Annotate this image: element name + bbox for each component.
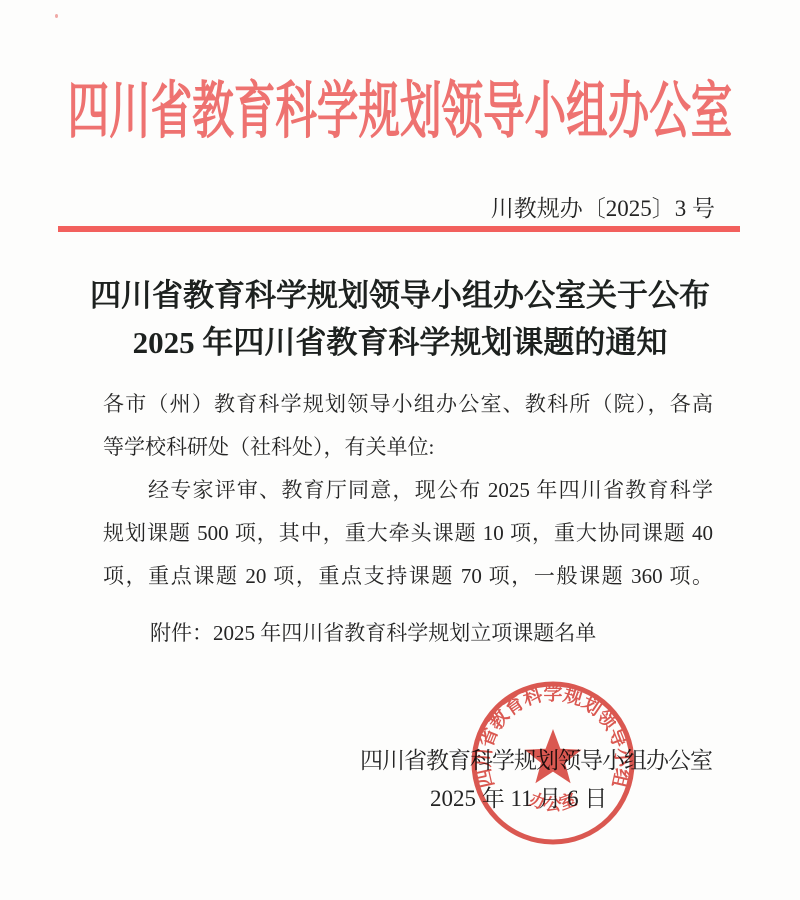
letterhead-org-title: 四川省教育科学规划领导小组办公室 bbox=[68, 80, 733, 144]
notice-title: 四川省教育科学规划领导小组办公室关于公布 2025 年四川省教育科学规划课题的通… bbox=[0, 272, 800, 366]
paragraph-line1: 经专家评审、教育厅同意，现公布 2025 年四川省教育科学 bbox=[103, 469, 713, 512]
red-letterhead: 四川省教育科学规划领导小组办公室 bbox=[0, 80, 800, 144]
paragraph-line2: 规划课题 500 项，其中，重大牵头课题 10 项，重大协同课题 40 bbox=[103, 512, 713, 555]
official-notice-document: 四川省教育科学规划领导小组办公室 川教规办〔2025〕3 号 四川省教育科学规划… bbox=[0, 0, 800, 900]
addressee-line1: 各市（州）教育科学规划领导小组办公室、教科所（院），各高 bbox=[103, 383, 713, 426]
document-number: 川教规办〔2025〕3 号 bbox=[491, 190, 715, 223]
addressee-line2: 等学校科研处（社科处），有关单位: bbox=[103, 426, 713, 469]
notice-title-line2: 2025 年四川省教育科学规划课题的通知 bbox=[0, 319, 800, 366]
official-red-seal: 四川省教育科学规划领导小组 办公室 bbox=[468, 678, 638, 848]
scan-speck bbox=[55, 14, 58, 18]
notice-body: 各市（州）教育科学规划领导小组办公室、教科所（院），各高 等学校科研处（社科处）… bbox=[103, 383, 713, 598]
seal-star-icon bbox=[525, 729, 582, 783]
red-separator-rule bbox=[58, 226, 740, 232]
attachment-line: 附件：2025 年四川省教育科学规划立项课题名单 bbox=[150, 612, 596, 655]
svg-text:办公室: 办公室 bbox=[527, 789, 579, 814]
paragraph-line3: 项，重点课题 20 项，重点支持课题 70 项，一般课题 360 项。 bbox=[103, 555, 713, 598]
notice-title-line1: 四川省教育科学规划领导小组办公室关于公布 bbox=[0, 272, 800, 319]
seal-bottom-text: 办公室 bbox=[527, 789, 579, 814]
